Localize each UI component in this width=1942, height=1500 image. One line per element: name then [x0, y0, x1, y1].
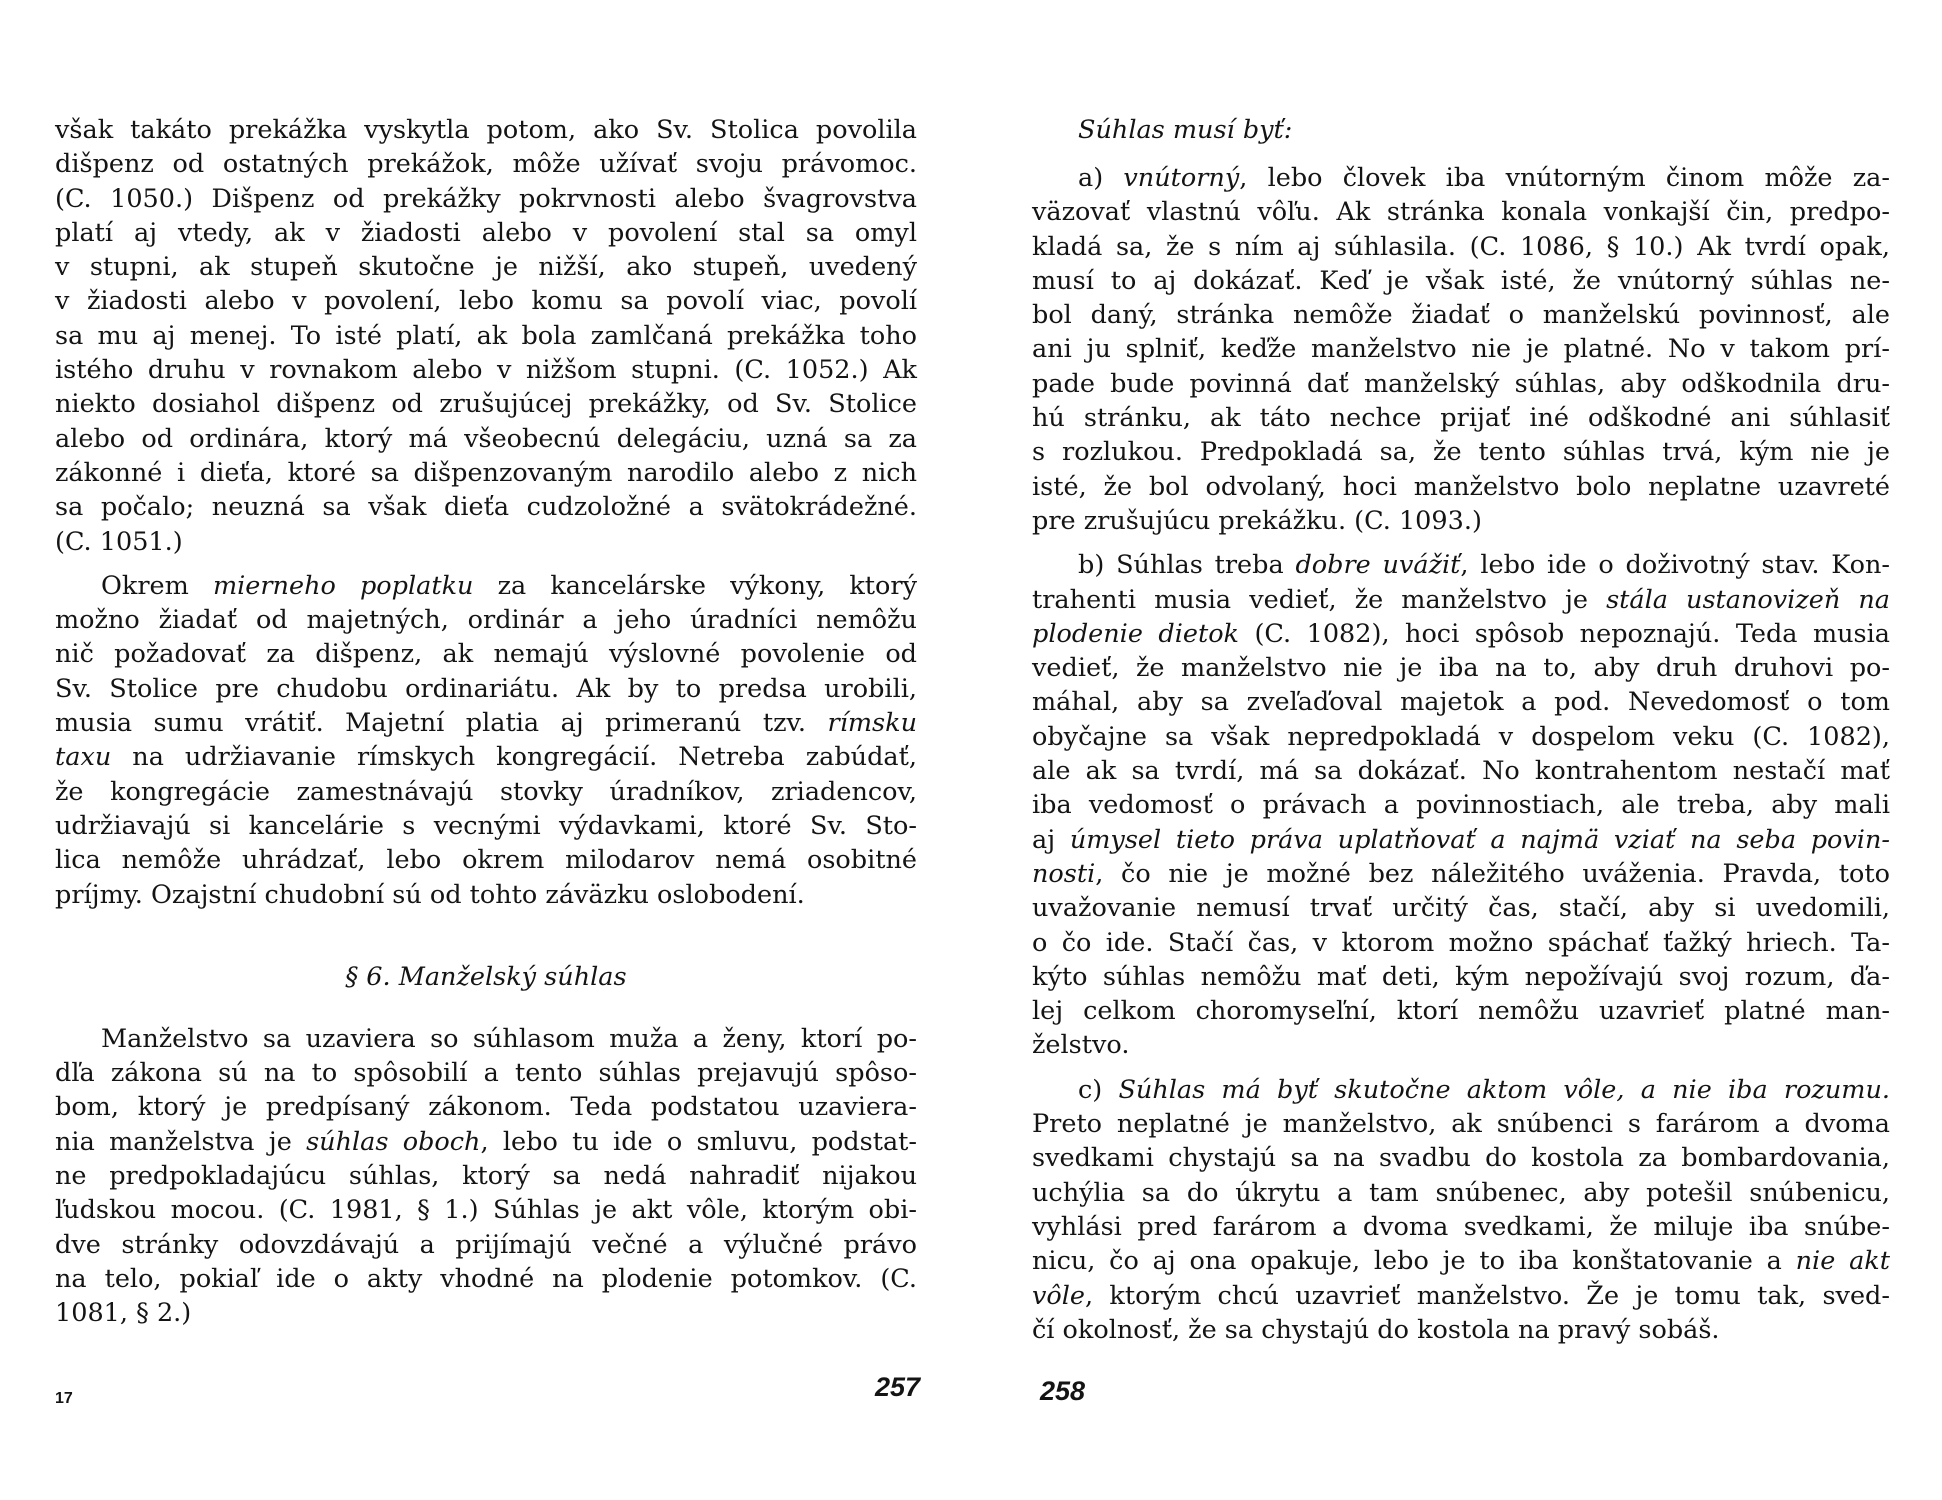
text-run: nič požadovať za dišpenz, ak nemajú výsl… — [55, 639, 917, 669]
italic-text: plodenie dietok — [1032, 619, 1239, 649]
text-line: isté, že bol odvolaný, hoci manželstvo b… — [1032, 470, 1890, 504]
text-line: na telo, pokiaľ ide o akty vhodné na plo… — [55, 1262, 917, 1296]
text-run: vedieť, že manželstvo nie je iba na to, … — [1032, 653, 1890, 683]
text-line: platí aj vtedy, ak v žiadosti alebo v po… — [55, 216, 917, 250]
text-line: ne predpokladajúcu súhlas, ktorý sa nedá… — [55, 1159, 917, 1193]
text-line: 1081, § 2.) — [55, 1296, 917, 1330]
text-run: bol daný, stránka nemôže žiadať o manžel… — [1032, 300, 1890, 330]
text-line: lej celkom choromyseľní, ktorí nemôžu uz… — [1032, 994, 1890, 1028]
text-line: dve stránky odovzdávajú a prijímajú večn… — [55, 1228, 917, 1262]
text-line: aj úmysel tieto práva uplatňovať a najmä… — [1032, 823, 1890, 857]
text-line: vedieť, že manželstvo nie je iba na to, … — [1032, 651, 1890, 685]
text-run: hú stránku, ak táto nechce prijať iné od… — [1032, 403, 1890, 433]
text-run: možno žiadať od majetných, ordinár a jeh… — [55, 605, 917, 635]
text-run: Okrem — [101, 571, 213, 601]
text-run: obyčajne sa však nepredpokladá v dospelo… — [1032, 722, 1890, 752]
italic-text: mierneho poplatku — [213, 571, 474, 601]
section-heading: § 6. Manželský súhlas — [55, 960, 917, 994]
text-line: trahenti musia vedieť, že manželstvo je … — [1032, 583, 1890, 617]
text-run: želstvo. — [1032, 1030, 1129, 1060]
text-run: na udržiavanie rímskych kongregácií. Net… — [111, 742, 917, 772]
text-run: o čo ide. Stačí čas, v ktorom možno spác… — [1032, 928, 1890, 958]
text-run: za kancelárske výkony, ktorý — [473, 571, 917, 601]
italic-text: taxu — [55, 742, 111, 772]
text-line: niekto dosiahol dišpenz od zrušujúcej pr… — [55, 387, 917, 421]
text-run: ale ak sa tvrdí, má sa dokázať. No kontr… — [1032, 756, 1890, 786]
paragraph: b) Súhlas treba dobre uvážiť, lebo ide o… — [1032, 548, 1890, 1062]
text-run: s rozlukou. Predpokladá sa, že tento súh… — [1032, 437, 1890, 467]
text-line: bom, ktorý je predpísaný zákonom. Teda p… — [55, 1090, 917, 1124]
italic-text: dobre uvážiť — [1295, 550, 1460, 580]
text-line: musia sumu vrátiť. Majetní platia aj pri… — [55, 706, 917, 740]
text-line: želstvo. — [1032, 1028, 1890, 1062]
text-run: uvažovanie nemusí trvať určitý čas, stač… — [1032, 893, 1890, 923]
text-line: musí to aj dokázať. Keď je však isté, že… — [1032, 264, 1890, 298]
left-page-text: však takáto prekážka vyskytla potom, ako… — [55, 113, 917, 1341]
text-run: ani ju splniť, keďže manželstvo nie je p… — [1032, 334, 1890, 364]
text-run: kladá sa, že s ním aj súhlasila. (C. 108… — [1032, 232, 1890, 262]
text-run: ne predpokladajúcu súhlas, ktorý sa nedá… — [55, 1161, 917, 1191]
text-run: v žiadosti alebo v povolení, lebo komu s… — [55, 286, 917, 316]
text-line: nosti, čo nie je možné bez náležitého uv… — [1032, 857, 1890, 891]
text-run: , lebo človek iba vnútorným činom môže z… — [1239, 163, 1890, 193]
text-line: b) Súhlas treba dobre uvážiť, lebo ide o… — [1032, 548, 1890, 582]
text-run: (C. 1082), hoci spôsob nepoznajú. Teda m… — [1239, 619, 1890, 649]
text-line: uchýlia sa do úkrytu a tam snúbenec, aby… — [1032, 1176, 1890, 1210]
italic-text: nosti — [1032, 859, 1095, 889]
text-line: a) vnútorný, lebo človek iba vnútorným č… — [1032, 161, 1890, 195]
right-page-text: Súhlas musí byť:a) vnútorný, lebo človek… — [1032, 113, 1890, 1357]
text-line: ani ju splniť, keďže manželstvo nie je p… — [1032, 332, 1890, 366]
text-line: že kongregácie zamestnávajú stovky úradn… — [55, 775, 917, 809]
text-line: svedkami chystajú sa na svadbu do kostol… — [1032, 1141, 1890, 1175]
text-line: však takáto prekážka vyskytla potom, ako… — [55, 113, 917, 147]
text-line: ale ak sa tvrdí, má sa dokázať. No kontr… — [1032, 754, 1890, 788]
text-run: ľudskou mocou. (C. 1981, § 1.) Súhlas je… — [55, 1195, 917, 1225]
text-run: nicu, čo aj ona opakuje, lebo je to iba … — [1032, 1246, 1796, 1276]
text-run: však takáto prekážka vyskytla potom, ako… — [55, 115, 917, 145]
italic-text: Súhlas má byť skutočne aktom vôle, a nie… — [1118, 1075, 1890, 1105]
text-run: príjmy. Ozajstní chudobní sú od tohto zá… — [55, 880, 805, 910]
text-run: iba vedomosť o právach a povinnostiach, … — [1032, 790, 1890, 820]
text-run: že kongregácie zamestnávajú stovky úradn… — [55, 777, 917, 807]
text-line: taxu na udržiavanie rímskych kongregácií… — [55, 740, 917, 774]
text-line: kladá sa, že s ním aj súhlasila. (C. 108… — [1032, 230, 1890, 264]
text-line: uvažovanie nemusí trvať určitý čas, stač… — [1032, 891, 1890, 925]
text-run: a) — [1078, 163, 1123, 193]
subheading: Súhlas musí byť: — [1032, 113, 1890, 147]
text-run: čí okolnosť, že sa chystajú do kostola n… — [1032, 1315, 1720, 1345]
text-run: platí aj vtedy, ak v žiadosti alebo v po… — [55, 218, 917, 248]
text-run: nia manželstva je — [55, 1127, 306, 1157]
text-line: v žiadosti alebo v povolení, lebo komu s… — [55, 284, 917, 318]
text-run: aj — [1032, 825, 1070, 855]
text-line: nicu, čo aj ona opakuje, lebo je to iba … — [1032, 1244, 1890, 1278]
text-run: pade bude povinná dať manželský súhlas, … — [1032, 369, 1890, 399]
text-line: ľudskou mocou. (C. 1981, § 1.) Súhlas je… — [55, 1193, 917, 1227]
text-run: kýto súhlas nemôžu mať deti, kým nepožív… — [1032, 962, 1890, 992]
text-line: vôle, ktorým chcú uzavrieť manželstvo. Ž… — [1032, 1279, 1890, 1313]
text-run: musí to aj dokázať. Keď je však isté, že… — [1032, 266, 1890, 296]
text-run: Preto neplatné je manželstvo, ak snúbenc… — [1032, 1109, 1890, 1139]
text-line: Manželstvo sa uzaviera so súhlasom muža … — [55, 1022, 917, 1056]
text-line: sa počalo; neuzná sa však dieťa cudzolož… — [55, 490, 917, 524]
text-run: , lebo tu ide o smluvu, podstat- — [480, 1127, 917, 1157]
text-line: alebo od ordinára, ktorý má všeobecnú de… — [55, 422, 917, 456]
text-line: c) Súhlas má byť skutočne aktom vôle, a … — [1032, 1073, 1890, 1107]
text-line: hú stránku, ak táto nechce prijať iné od… — [1032, 401, 1890, 435]
text-run: Manželstvo sa uzaviera so súhlasom muža … — [101, 1024, 917, 1054]
text-run: 1081, § 2.) — [55, 1298, 191, 1328]
text-line: Preto neplatné je manželstvo, ak snúbenc… — [1032, 1107, 1890, 1141]
italic-text: úmysel tieto práva uplatňovať a najmä vz… — [1070, 825, 1890, 855]
text-line: Sv. Stolice pre chudobu ordinariátu. Ak … — [55, 672, 917, 706]
text-run: vyhlási pred farárom a dvoma svedkami, ž… — [1032, 1212, 1890, 1242]
paragraph: Manželstvo sa uzaviera so súhlasom muža … — [55, 1022, 917, 1331]
text-run: niekto dosiahol dišpenz od zrušujúcej pr… — [55, 389, 917, 419]
text-line: iba vedomosť o právach a povinnostiach, … — [1032, 788, 1890, 822]
text-run: bom, ktorý je predpísaný zákonom. Teda p… — [55, 1092, 917, 1122]
text-line: (C. 1051.) — [55, 525, 917, 559]
text-line: (C. 1050.) Dišpenz od prekážky pokrvnost… — [55, 182, 917, 216]
text-line: vyhlási pred farárom a dvoma svedkami, ž… — [1032, 1210, 1890, 1244]
text-run: v stupni, ak stupeň skutočne je nižší, a… — [55, 252, 917, 282]
text-run: istého druhu v rovnakom alebo v nižšom s… — [55, 355, 917, 385]
italic-text: stála ustanovizeň na — [1606, 585, 1890, 615]
text-run: c) — [1078, 1075, 1118, 1105]
page-number-right: 258 — [1040, 1376, 1085, 1407]
text-line: plodenie dietok (C. 1082), hoci spôsob n… — [1032, 617, 1890, 651]
text-run: sa počalo; neuzná sa však dieťa cudzolož… — [55, 492, 917, 522]
text-run: musia sumu vrátiť. Majetní platia aj pri… — [55, 708, 828, 738]
text-run: lica nemôže uhrádzať, lebo okrem milodar… — [55, 845, 917, 875]
signature-mark: 17 — [55, 1390, 73, 1408]
text-line: istého druhu v rovnakom alebo v nižšom s… — [55, 353, 917, 387]
text-run: zákonné i dieťa, ktoré sa dišpenzovaným … — [55, 458, 917, 488]
text-line: kýto súhlas nemôžu mať deti, kým nepožív… — [1032, 960, 1890, 994]
text-line: máhal, aby sa zveľaďoval majetok a pod. … — [1032, 685, 1890, 719]
text-run: (C. 1051.) — [55, 527, 183, 557]
text-line: bol daný, stránka nemôže žiadať o manžel… — [1032, 298, 1890, 332]
text-line: väzovať vlastnú vôľu. Ak stránka konala … — [1032, 195, 1890, 229]
italic-text: rímsku — [828, 708, 918, 738]
text-run: , čo nie je možné bez náležitého uváženi… — [1095, 859, 1890, 889]
text-run: lej celkom choromyseľní, ktorí nemôžu uz… — [1032, 996, 1890, 1026]
text-run: alebo od ordinára, ktorý má všeobecnú de… — [55, 424, 917, 454]
italic-text: nie akt — [1796, 1246, 1890, 1276]
text-line: možno žiadať od majetných, ordinár a jeh… — [55, 603, 917, 637]
text-run: dľa zákona sú na to spôsobilí a tento sú… — [55, 1058, 917, 1088]
page-number-left: 257 — [875, 1372, 920, 1403]
text-line: príjmy. Ozajstní chudobní sú od tohto zá… — [55, 878, 917, 912]
text-line: dľa zákona sú na to spôsobilí a tento sú… — [55, 1056, 917, 1090]
text-run: b) Súhlas treba — [1078, 550, 1295, 580]
text-run: , lebo ide o doživotný stav. Kon- — [1460, 550, 1890, 580]
text-run: pre zrušujúcu prekážku. (C. 1093.) — [1032, 506, 1482, 536]
text-run: (C. 1050.) Dišpenz od prekážky pokrvnost… — [55, 184, 917, 214]
text-run: dve stránky odovzdávajú a prijímajú večn… — [55, 1230, 917, 1260]
text-line: sa mu aj menej. To isté platí, ak bola z… — [55, 319, 917, 353]
text-run: máhal, aby sa zveľaďoval majetok a pod. … — [1032, 687, 1890, 717]
italic-text: vnútorný — [1123, 163, 1239, 193]
paragraph: a) vnútorný, lebo človek iba vnútorným č… — [1032, 161, 1890, 538]
text-run: uchýlia sa do úkrytu a tam snúbenec, aby… — [1032, 1178, 1890, 1208]
text-run: na telo, pokiaľ ide o akty vhodné na plo… — [55, 1264, 917, 1294]
text-run: sa mu aj menej. To isté platí, ak bola z… — [55, 321, 917, 351]
text-line: nič požadovať za dišpenz, ak nemajú výsl… — [55, 637, 917, 671]
paragraph: Okrem mierneho poplatku za kancelárske v… — [55, 569, 917, 912]
text-line: v stupni, ak stupeň skutočne je nižší, a… — [55, 250, 917, 284]
text-run: isté, že bol odvolaný, hoci manželstvo b… — [1032, 472, 1890, 502]
italic-text: vôle — [1032, 1281, 1085, 1311]
text-run: udržiavajú si kancelárie s vecnými výdav… — [55, 811, 917, 841]
text-line: dišpenz od ostatných prekážok, môže užív… — [55, 147, 917, 181]
text-line: pre zrušujúcu prekážku. (C. 1093.) — [1032, 504, 1890, 538]
text-run: , ktorým chcú uzavrieť manželstvo. Že je… — [1085, 1281, 1890, 1311]
text-line: nia manželstva je súhlas oboch, lebo tu … — [55, 1125, 917, 1159]
paragraph: c) Súhlas má byť skutočne aktom vôle, a … — [1032, 1073, 1890, 1347]
text-run: väzovať vlastnú vôľu. Ak stránka konala … — [1032, 197, 1890, 227]
text-line: obyčajne sa však nepredpokladá v dospelo… — [1032, 720, 1890, 754]
text-line: pade bude povinná dať manželský súhlas, … — [1032, 367, 1890, 401]
paragraph: však takáto prekážka vyskytla potom, ako… — [55, 113, 917, 559]
text-line: zákonné i dieťa, ktoré sa dišpenzovaným … — [55, 456, 917, 490]
text-line: lica nemôže uhrádzať, lebo okrem milodar… — [55, 843, 917, 877]
text-line: Okrem mierneho poplatku za kancelárske v… — [55, 569, 917, 603]
italic-text: súhlas oboch — [306, 1127, 480, 1157]
text-run: trahenti musia vedieť, že manželstvo je — [1032, 585, 1606, 615]
text-line: čí okolnosť, že sa chystajú do kostola n… — [1032, 1313, 1890, 1347]
text-run: dišpenz od ostatných prekážok, môže užív… — [55, 149, 917, 179]
text-run: svedkami chystajú sa na svadbu do kostol… — [1032, 1143, 1890, 1173]
text-line: s rozlukou. Predpokladá sa, že tento súh… — [1032, 435, 1890, 469]
text-line: udržiavajú si kancelárie s vecnými výdav… — [55, 809, 917, 843]
text-run: Sv. Stolice pre chudobu ordinariátu. Ak … — [55, 674, 917, 704]
text-line: o čo ide. Stačí čas, v ktorom možno spác… — [1032, 926, 1890, 960]
